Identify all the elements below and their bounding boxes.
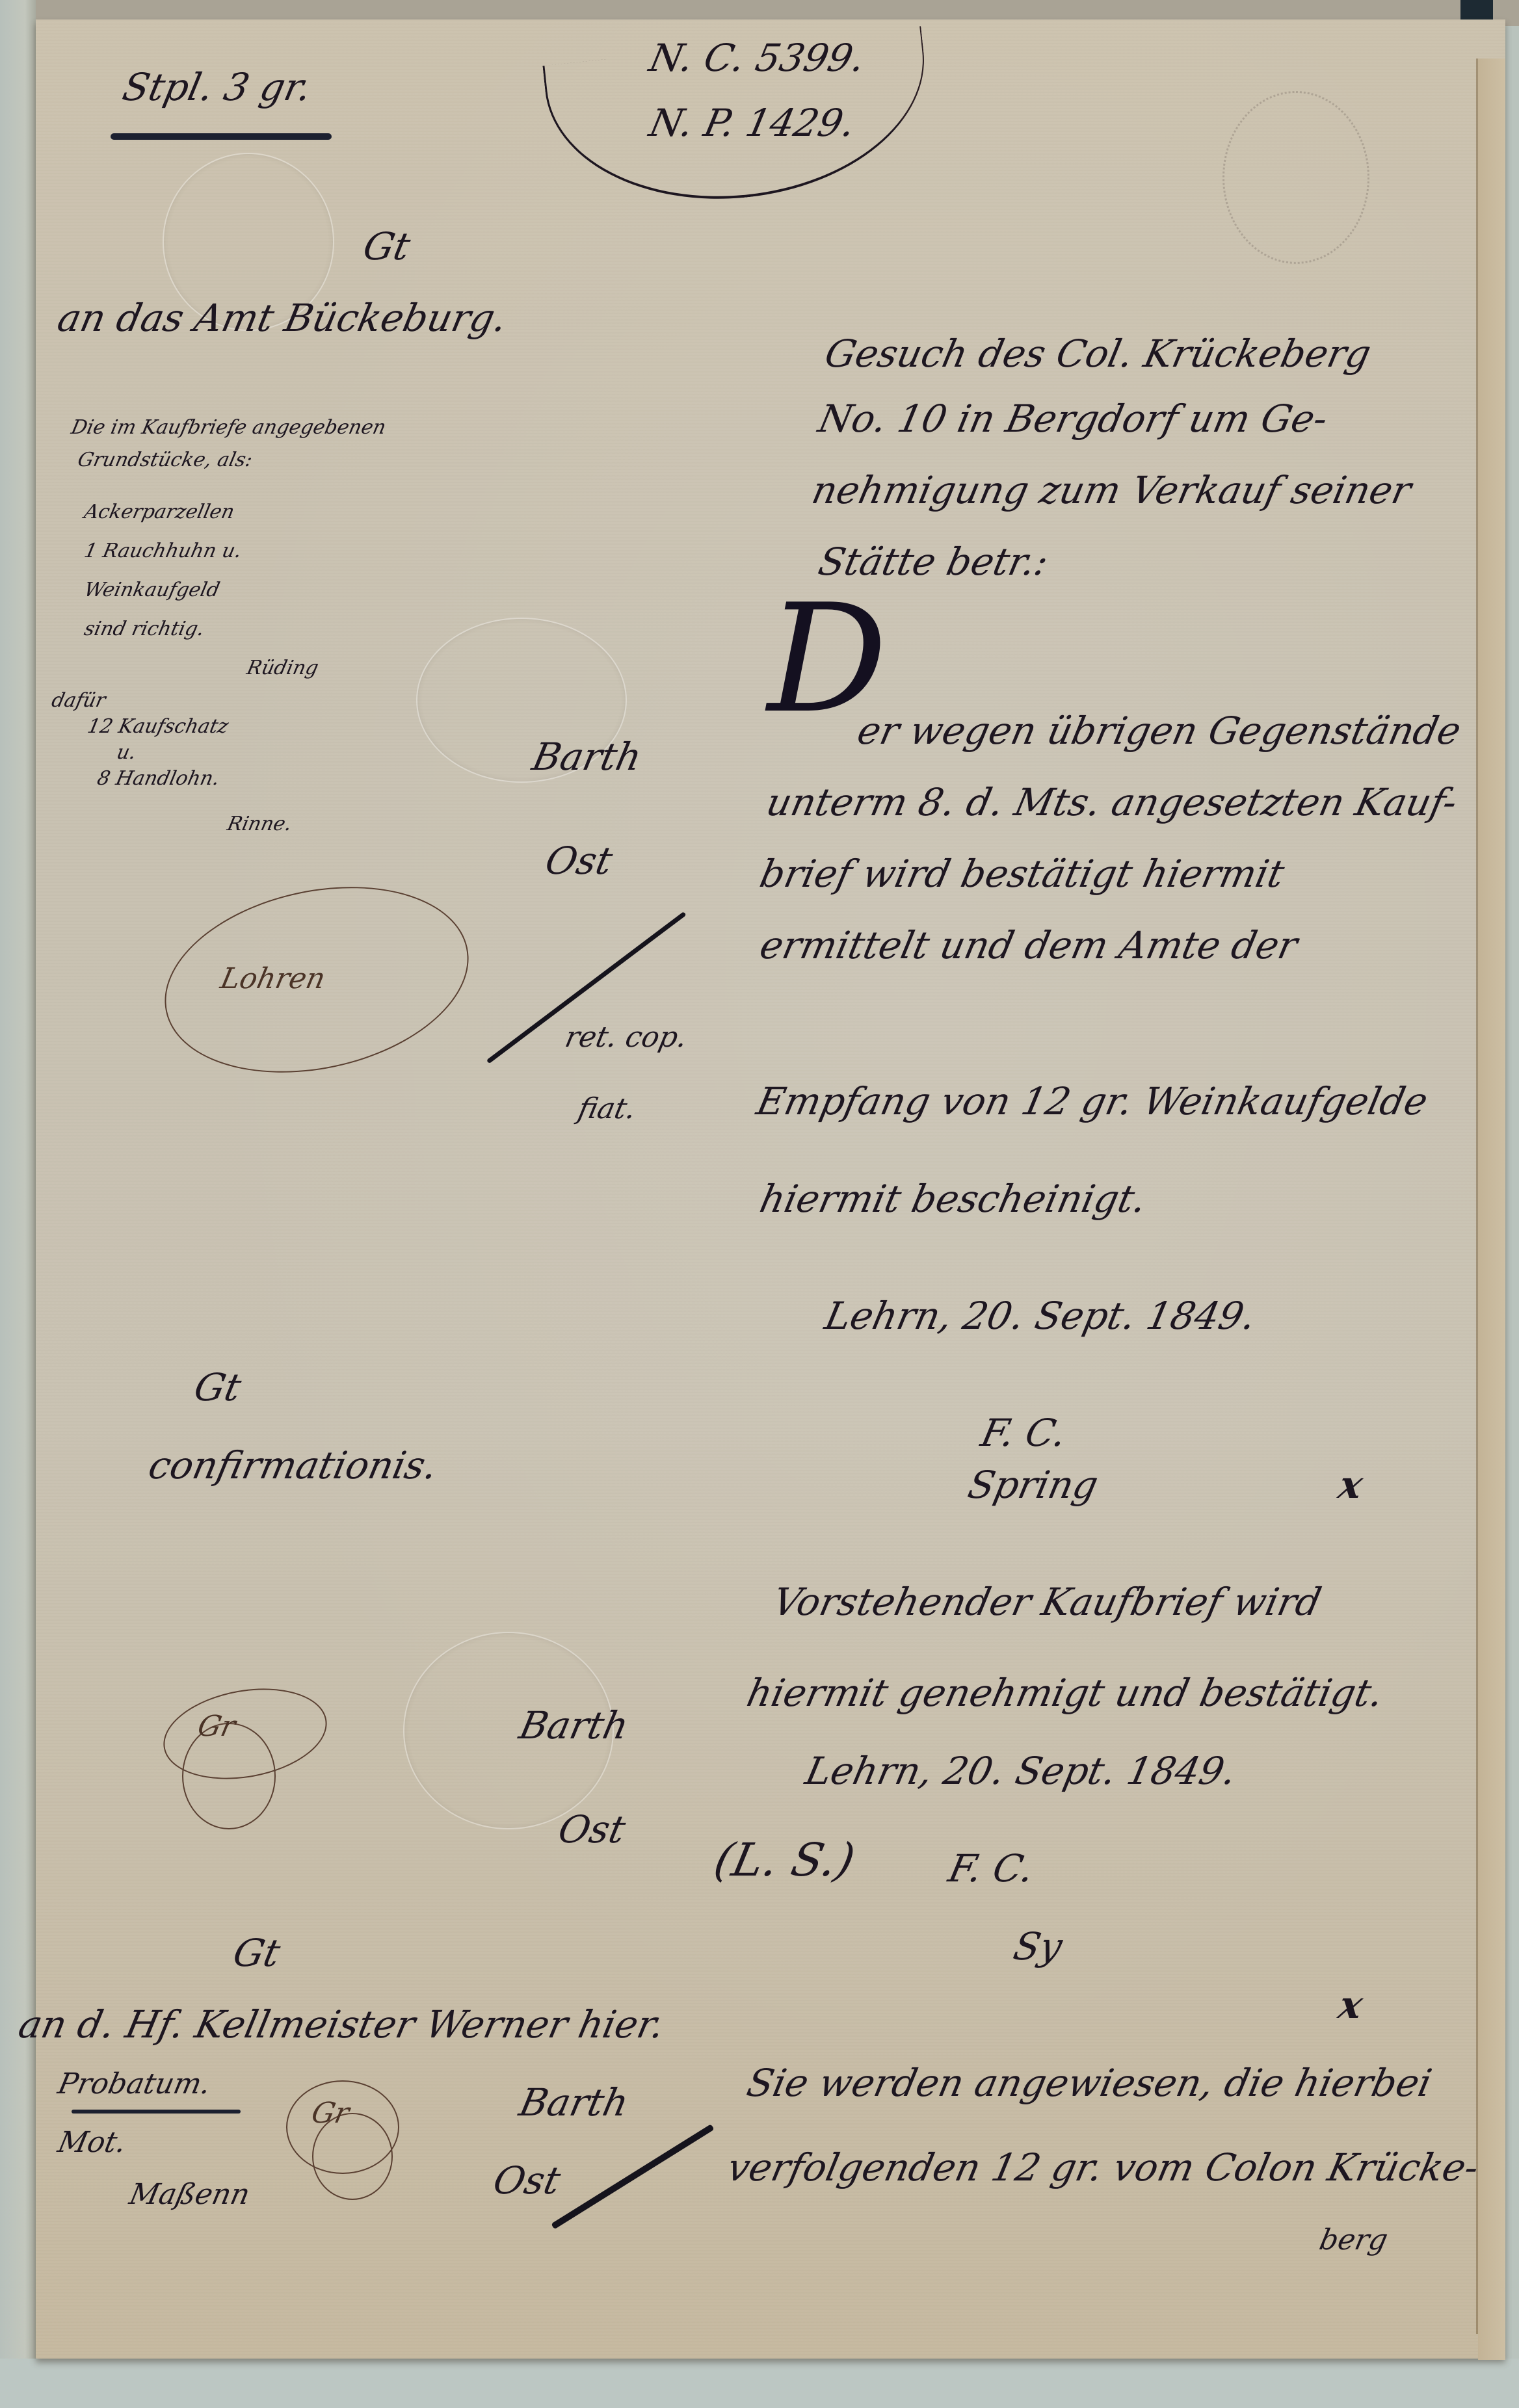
initials-2: Sy: [1010, 1924, 1066, 1969]
block3-probatum: Probatum.: [55, 2067, 214, 2100]
block3-note-mot: Mot.: [55, 2126, 129, 2159]
fp-mark-2: F. C.: [945, 1846, 1038, 1891]
block1-line-4: 1 Rauchhuhn u.: [82, 540, 243, 562]
stamp-fee-underline: [111, 133, 332, 140]
block3-addressee: an d. Hf. Kellmeister Werner hier.: [15, 2002, 668, 2047]
block3-signature: Maßenn: [127, 2178, 253, 2211]
block1-official-signature: Barth: [529, 735, 646, 779]
block1-marker: Gt: [360, 224, 414, 268]
block1-note-fiat: fiat.: [575, 1092, 639, 1125]
body-line-1: er wegen übrigen Gegenstände: [854, 709, 1465, 753]
subject-line-3: nehmigung zum Verkauf seiner: [808, 468, 1415, 512]
block1-line-6: sind richtig.: [82, 618, 206, 640]
block2-official-signature: Barth: [516, 1703, 633, 1747]
body-line-6: hiermit bescheinigt.: [756, 1177, 1150, 1221]
block1-line-5: Weinkaufgeld: [82, 579, 222, 601]
date-line-2: Lehrn, 20. Sept. 1849.: [802, 1749, 1241, 1793]
block3-seal-text: Gr: [309, 2097, 352, 2130]
block2-seal-text: Gr: [195, 1710, 239, 1743]
closing-line-2: verfolgenden 12 gr. vom Colon Krücke-: [724, 2145, 1483, 2190]
locus-sigilli-mark: (L. S.): [709, 1833, 860, 1887]
faded-stamp-top-right: [1222, 91, 1369, 264]
confirmation-line-1: Vorstehender Kaufbrief wird: [769, 1580, 1325, 1624]
block1-signature-rinne: Rinne.: [225, 813, 294, 835]
block1-line-2: Grundstücke, als:: [75, 449, 254, 471]
body-line-4: ermittelt und dem Amte der: [756, 923, 1302, 967]
subject-line-1: Gesuch des Col. Krückeberg: [821, 332, 1375, 376]
reference-number-2: N. P. 1429.: [646, 101, 860, 145]
block1-line-3: Ackerparzellen: [82, 501, 236, 523]
body-line-5: Empfang von 12 gr. Weinkaufgelde: [753, 1079, 1432, 1123]
archive-backing-bottom: [0, 2359, 1519, 2408]
date-line-1: Lehrn, 20. Sept. 1849.: [821, 1294, 1260, 1338]
block3-marker: Gt: [230, 1931, 284, 1975]
block2-confirmationis: confirmationis.: [145, 1443, 442, 1487]
closing-line-1: Sie werden angewiesen, die hierbei: [743, 2061, 1436, 2105]
archive-backing-left: [0, 0, 36, 2408]
block2-official-initials: Ost: [555, 1807, 629, 1852]
block1-official-initials: Ost: [542, 839, 616, 883]
stamp-fee-note: Stpl. 3 gr.: [119, 65, 315, 109]
block1-addressee: an das Amt Bückeburg.: [54, 296, 511, 340]
confirmation-line-2: hiermit genehmigt und bestätigt.: [743, 1671, 1388, 1715]
closing-line-3: berg: [1317, 2223, 1391, 2257]
block1-deduction-3: 8 Handlohn.: [95, 767, 221, 790]
block1-seal-text: Lohren: [218, 962, 328, 995]
page-fold-line: [1476, 59, 1478, 2334]
subject-line-2: No. 10 in Bergdorf um Ge-: [815, 397, 1332, 441]
page-fold-strip: [1478, 59, 1505, 2360]
block3-probatum-underline: [72, 2110, 241, 2114]
reference-number-1: N. C. 5399.: [646, 36, 869, 80]
fp-mark-1: F. C.: [977, 1411, 1070, 1455]
body-line-3: brief wird bestätigt hiermit: [756, 852, 1288, 896]
block1-deductions-label: dafür: [49, 689, 107, 712]
block1-note-ret-cop: ret. cop.: [562, 1021, 691, 1054]
block1-signature-rueding: Rüding: [244, 657, 321, 679]
block1-deduction-1: 12 Kaufschatz: [85, 715, 230, 738]
block3-official-initials: Ost: [490, 2158, 564, 2203]
signature-spring: Spring: [964, 1463, 1102, 1507]
block1-line-1: Die im Kaufbriefe angegebenen: [69, 416, 388, 439]
block2-marker: Gt: [191, 1365, 245, 1409]
body-line-2: unterm 8. d. Mts. angesetzten Kauf-: [763, 780, 1461, 824]
block3-official-signature: Barth: [516, 2080, 633, 2125]
